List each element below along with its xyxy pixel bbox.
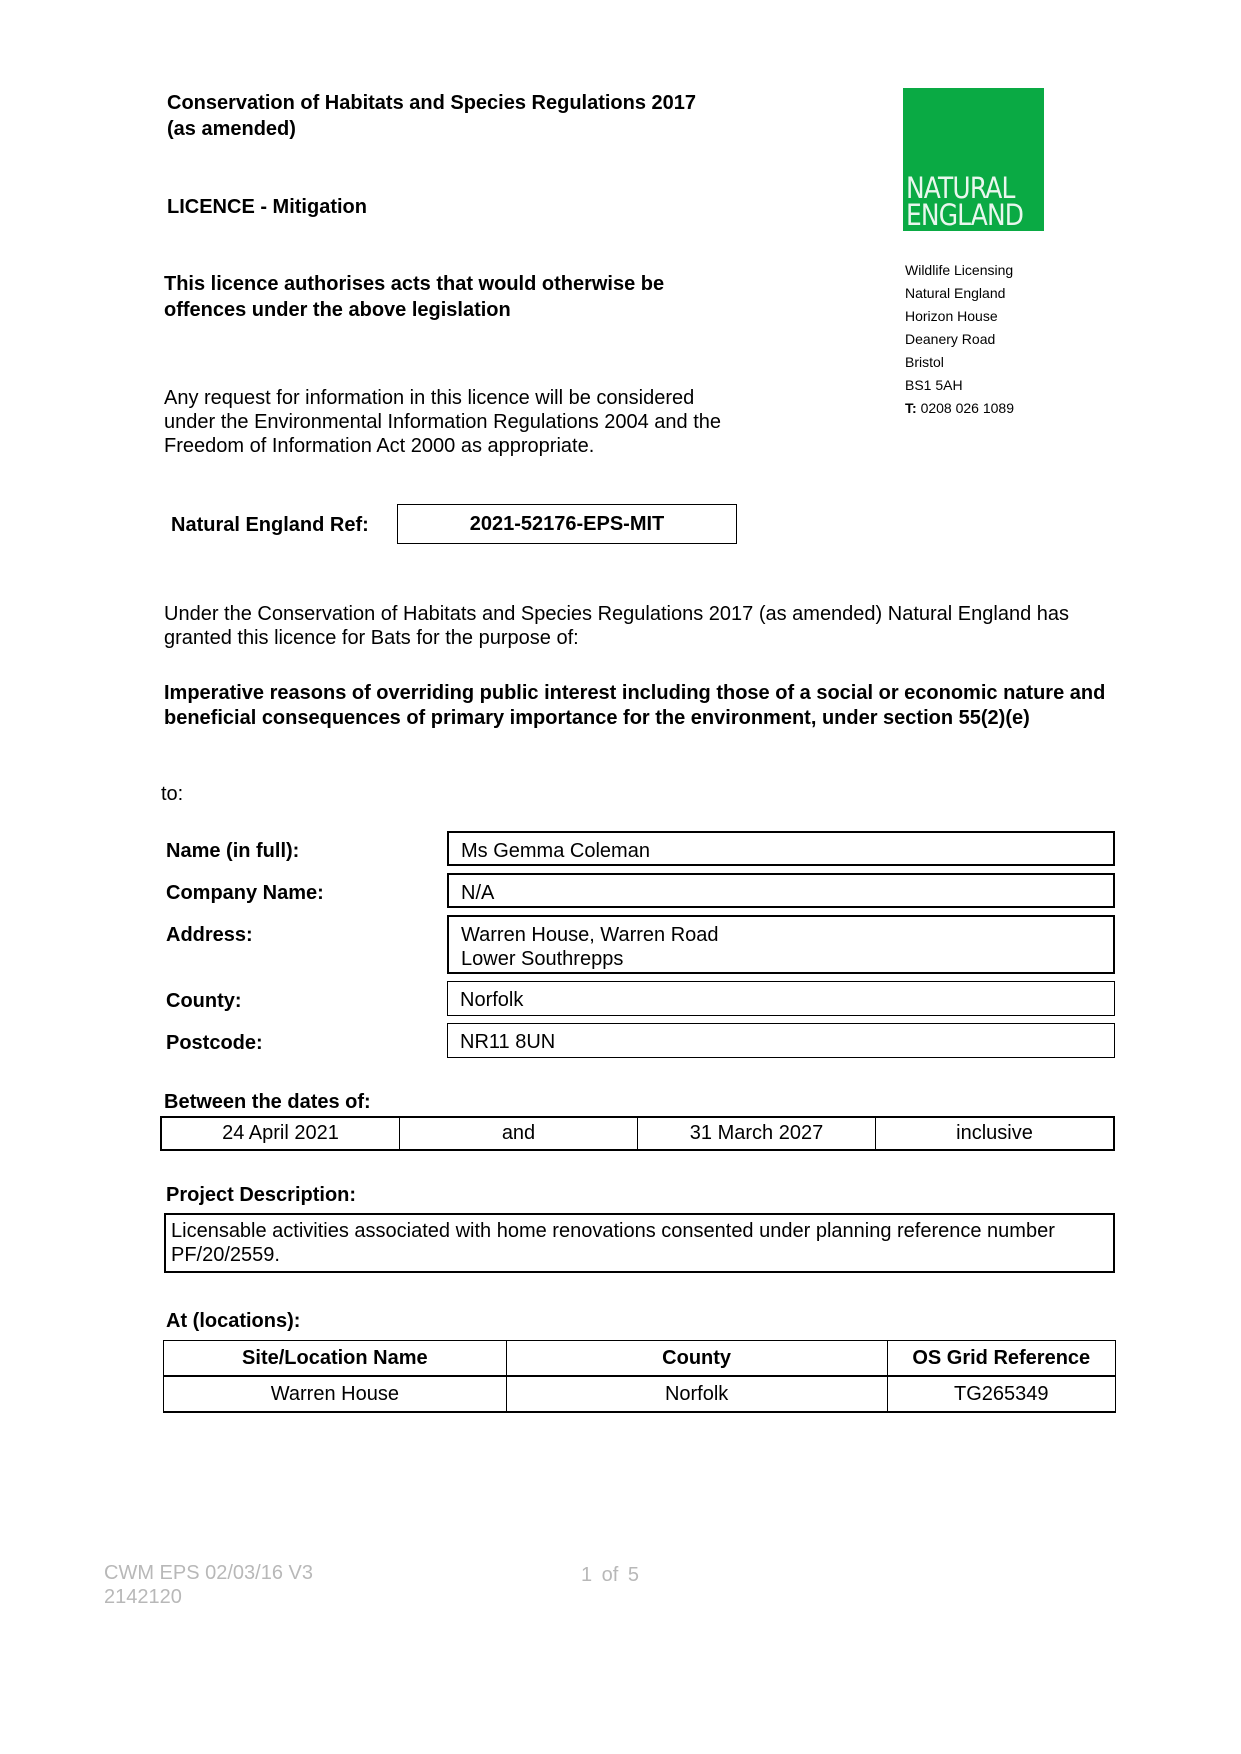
grant-statement: Under the Conservation of Habitats and S… [164,602,1134,650]
logo-text: NATURAL ENGLAND [906,175,1023,229]
issuer-address: Wildlife Licensing Natural England Horiz… [905,259,1014,420]
locations-table: Site/Location Name County OS Grid Refere… [163,1340,1116,1413]
page-number: 1 of 5 [581,1564,639,1587]
company-value: N/A [447,873,1115,908]
locations-label: At (locations): [166,1310,300,1333]
reference-value: 2021-52176-EPS-MIT [397,504,737,544]
county-cell: Norfolk [506,1376,887,1412]
column-header: County [506,1341,887,1377]
foi-notice: Any request for information in this lice… [164,386,744,458]
end-date: 31 March 2027 [637,1118,875,1149]
authorisation-statement: This licence authorises acts that would … [164,271,724,323]
site-name-cell: Warren House [164,1376,507,1412]
project-description: Licensable activities associated with ho… [164,1213,1115,1273]
phone-label: T: [905,400,917,416]
licence-purpose: Imperative reasons of overriding public … [164,681,1144,731]
address-label: Address: [166,924,253,947]
licence-type: LICENCE - Mitigation [167,196,367,219]
table-row: Warren House Norfolk TG265349 [164,1376,1116,1412]
county-value: Norfolk [447,981,1115,1016]
dates-suffix: inclusive [875,1118,1113,1149]
reference-label: Natural England Ref: [171,514,369,537]
project-label: Project Description: [166,1184,356,1207]
address-line: Wildlife Licensing [905,259,1014,282]
address-value: Warren House, Warren Road Lower Southrep… [447,915,1115,974]
company-label: Company Name: [166,882,324,905]
dates-connector: and [399,1118,637,1149]
postcode-label: Postcode: [166,1032,263,1055]
dates-table: 24 April 2021 and 31 March 2027 inclusiv… [160,1116,1115,1151]
column-header: Site/Location Name [164,1341,507,1377]
footer-codes: CWM EPS 02/03/16 V3 2142120 [104,1561,313,1609]
form-code: CWM EPS 02/03/16 V3 [104,1561,313,1585]
address-line: Natural England [905,282,1014,305]
address-line: BS1 5AH [905,374,1014,397]
name-label: Name (in full): [166,840,299,863]
name-value: Ms Gemma Coleman [447,831,1115,866]
dates-label: Between the dates of: [164,1091,371,1114]
regulation-title: Conservation of Habitats and Species Reg… [167,90,727,142]
postcode-value: NR11 8UN [447,1023,1115,1058]
table-header-row: Site/Location Name County OS Grid Refere… [164,1341,1116,1377]
address-line: Deanery Road [905,328,1014,351]
county-label: County: [166,990,242,1013]
document-id: 2142120 [104,1585,313,1609]
column-header: OS Grid Reference [887,1341,1115,1377]
phone-number: 0208 026 1089 [921,400,1014,416]
natural-england-logo: NATURAL ENGLAND [903,88,1044,231]
phone-line: T: 0208 026 1089 [905,397,1014,420]
start-date: 24 April 2021 [162,1118,399,1149]
to-label: to: [161,783,183,806]
address-line: Horizon House [905,305,1014,328]
address-line: Bristol [905,351,1014,374]
grid-reference-cell: TG265349 [887,1376,1115,1412]
